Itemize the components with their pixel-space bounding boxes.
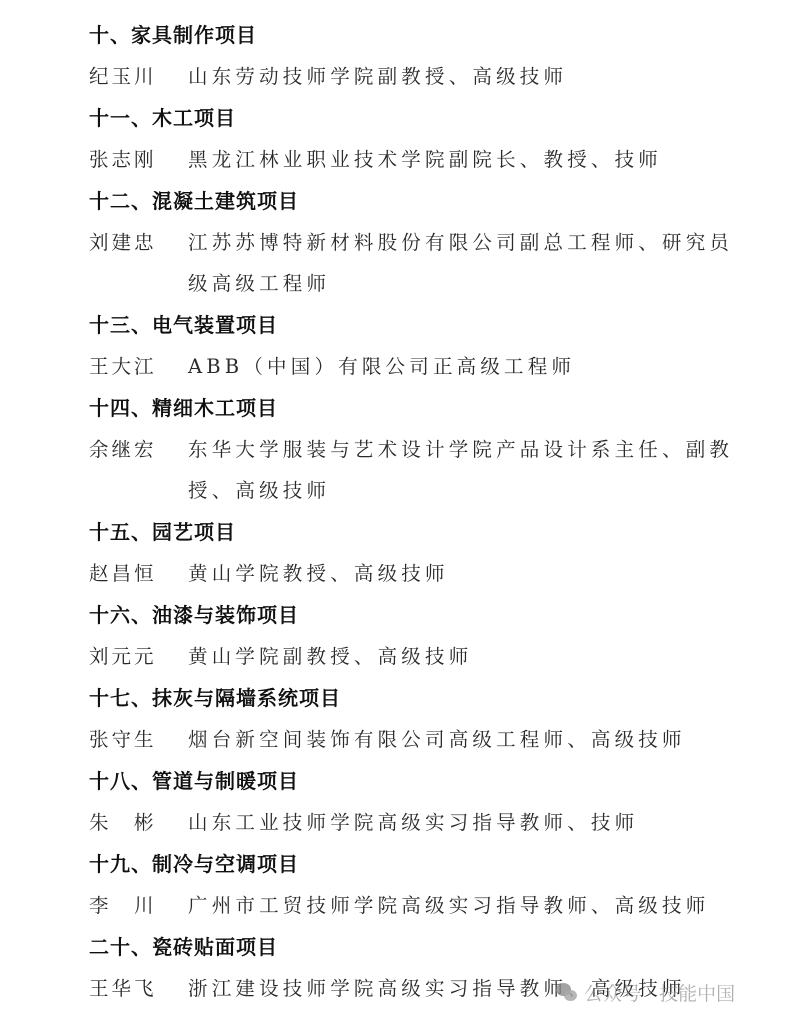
section-heading: 十一、木工项目 bbox=[89, 97, 739, 139]
expert-title: 黄山学院副教授、高级技师 bbox=[188, 636, 739, 677]
section-furniture-making: 十、家具制作项目 纪玉川 山东劳动技师学院副教授、高级技师 bbox=[89, 14, 739, 97]
expert-title: 山东劳动技师学院副教授、高级技师 bbox=[188, 56, 739, 97]
expert-title: 烟台新空间装饰有限公司高级工程师、高级技师 bbox=[188, 719, 739, 760]
watermark: 公众号 · 技能中国 bbox=[556, 979, 735, 1006]
expert-entry: 张志刚 黑龙江林业职业技术学院副院长、教授、技师 bbox=[89, 139, 739, 180]
expert-name: 王华飞 bbox=[89, 968, 188, 1009]
expert-title: 东华大学服装与艺术设计学院产品设计系主任、副教授、高级技师 bbox=[188, 429, 739, 511]
section-heading: 十七、抹灰与隔墙系统项目 bbox=[89, 677, 739, 719]
expert-name: 余继宏 bbox=[89, 429, 188, 511]
wechat-icon bbox=[556, 983, 578, 1003]
expert-name: 李 川 bbox=[89, 885, 188, 926]
expert-title: 黑龙江林业职业技术学院副院长、教授、技师 bbox=[188, 139, 739, 180]
expert-name: 朱 彬 bbox=[89, 802, 188, 843]
expert-name: 赵昌恒 bbox=[89, 553, 188, 594]
expert-title: 广州市工贸技师学院高级实习指导教师、高级技师 bbox=[188, 885, 739, 926]
expert-entry: 王大江 ABB（中国）有限公司正高级工程师 bbox=[89, 346, 739, 387]
section-heading: 十五、园艺项目 bbox=[89, 511, 739, 553]
section-heading: 二十、瓷砖贴面项目 bbox=[89, 926, 739, 968]
expert-title: ABB（中国）有限公司正高级工程师 bbox=[188, 346, 739, 387]
expert-name: 张志刚 bbox=[89, 139, 188, 180]
expert-entry: 刘元元 黄山学院副教授、高级技师 bbox=[89, 636, 739, 677]
document-body: 十、家具制作项目 纪玉川 山东劳动技师学院副教授、高级技师 十一、木工项目 张志… bbox=[89, 14, 739, 1009]
expert-name: 刘建忠 bbox=[89, 222, 188, 304]
expert-title: 山东工业技师学院高级实习指导教师、技师 bbox=[188, 802, 739, 843]
expert-title: 黄山学院教授、高级技师 bbox=[188, 553, 739, 594]
section-joinery: 十四、精细木工项目 余继宏 东华大学服装与艺术设计学院产品设计系主任、副教授、高… bbox=[89, 387, 739, 511]
section-heading: 十六、油漆与装饰项目 bbox=[89, 594, 739, 636]
expert-name: 王大江 bbox=[89, 346, 188, 387]
expert-entry: 朱 彬 山东工业技师学院高级实习指导教师、技师 bbox=[89, 802, 739, 843]
section-carpentry: 十一、木工项目 张志刚 黑龙江林业职业技术学院副院长、教授、技师 bbox=[89, 97, 739, 180]
expert-name: 纪玉川 bbox=[89, 56, 188, 97]
section-landscape-gardening: 十五、园艺项目 赵昌恒 黄山学院教授、高级技师 bbox=[89, 511, 739, 594]
section-heading: 十三、电气装置项目 bbox=[89, 304, 739, 346]
section-refrigeration-ac: 十九、制冷与空调项目 李 川 广州市工贸技师学院高级实习指导教师、高级技师 bbox=[89, 843, 739, 926]
section-plastering-drywall: 十七、抹灰与隔墙系统项目 张守生 烟台新空间装饰有限公司高级工程师、高级技师 bbox=[89, 677, 739, 760]
expert-name: 刘元元 bbox=[89, 636, 188, 677]
section-heading: 十四、精细木工项目 bbox=[89, 387, 739, 429]
expert-entry: 余继宏 东华大学服装与艺术设计学院产品设计系主任、副教授、高级技师 bbox=[89, 429, 739, 511]
section-plumbing-heating: 十八、管道与制暖项目 朱 彬 山东工业技师学院高级实习指导教师、技师 bbox=[89, 760, 739, 843]
section-heading: 十八、管道与制暖项目 bbox=[89, 760, 739, 802]
section-painting-decorating: 十六、油漆与装饰项目 刘元元 黄山学院副教授、高级技师 bbox=[89, 594, 739, 677]
section-heading: 十、家具制作项目 bbox=[89, 14, 739, 56]
expert-entry: 赵昌恒 黄山学院教授、高级技师 bbox=[89, 553, 739, 594]
section-heading: 十二、混凝土建筑项目 bbox=[89, 180, 739, 222]
section-electrical-installations: 十三、电气装置项目 王大江 ABB（中国）有限公司正高级工程师 bbox=[89, 304, 739, 387]
expert-entry: 李 川 广州市工贸技师学院高级实习指导教师、高级技师 bbox=[89, 885, 739, 926]
expert-name: 张守生 bbox=[89, 719, 188, 760]
section-concrete-construction: 十二、混凝土建筑项目 刘建忠 江苏苏博特新材料股份有限公司副总工程师、研究员级高… bbox=[89, 180, 739, 304]
expert-title: 江苏苏博特新材料股份有限公司副总工程师、研究员级高级工程师 bbox=[188, 222, 739, 304]
expert-entry: 张守生 烟台新空间装饰有限公司高级工程师、高级技师 bbox=[89, 719, 739, 760]
expert-entry: 纪玉川 山东劳动技师学院副教授、高级技师 bbox=[89, 56, 739, 97]
expert-entry: 刘建忠 江苏苏博特新材料股份有限公司副总工程师、研究员级高级工程师 bbox=[89, 222, 739, 304]
section-heading: 十九、制冷与空调项目 bbox=[89, 843, 739, 885]
watermark-text: 公众号 · 技能中国 bbox=[584, 979, 735, 1006]
